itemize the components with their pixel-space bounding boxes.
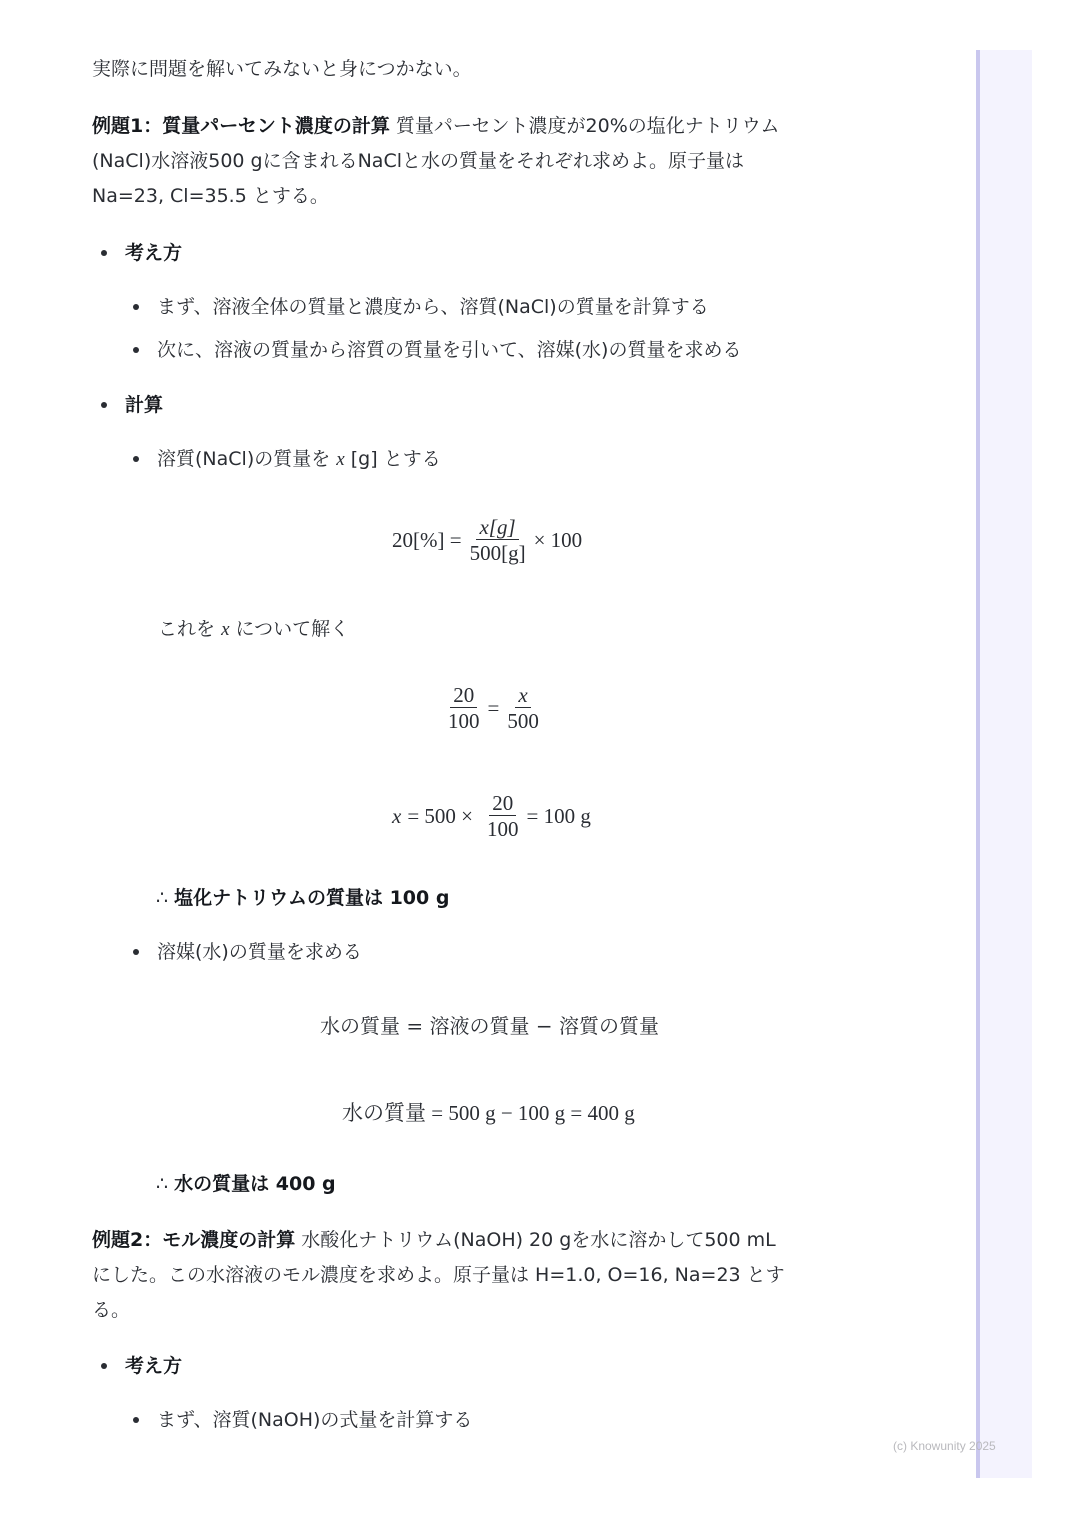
calc-item: 溶質(NaCl)の質量を x [g] とする bbox=[157, 444, 441, 475]
example1-title: 例題1：質量パーセント濃度の計算 bbox=[92, 115, 390, 137]
example2-title: 例題2：モル濃度の計算 bbox=[92, 1229, 295, 1251]
equation-3: x = 500 × 20 100 = 100 g bbox=[392, 791, 591, 842]
example2-line1: 例題2：モル濃度の計算 水酸化ナトリウム(NaOH) 20 gを水に溶かして50… bbox=[92, 1223, 776, 1258]
copyright-text: (c) Knowunity 2025 bbox=[893, 1439, 996, 1453]
equation-1: 20[%] = x[g] 500[g] × 100 bbox=[392, 515, 582, 566]
approach-heading: 考え方 bbox=[125, 1351, 182, 1381]
calc-item: 溶媒(水)の質量を求める bbox=[157, 937, 362, 967]
example1-line3: Na=23, Cl=35.5 とする。 bbox=[92, 179, 329, 214]
example1-line2: (NaCl)水溶液500 gに含まれるNaClと水の質量をそれぞれ求めよ。原子量… bbox=[92, 144, 744, 179]
therefore-symbol: ∴ bbox=[156, 887, 168, 909]
approach-item: まず、溶液全体の質量と濃度から、溶質(NaCl)の質量を計算する bbox=[157, 292, 709, 322]
result-2: ∴ 水の質量は 400 g bbox=[156, 1167, 336, 1202]
intro-text: 実際に問題を解いてみないと身につかない。 bbox=[92, 52, 472, 87]
example2-line2: にした。この水溶液のモル濃度を求めよ。原子量は H=1.0, O=16, Na=… bbox=[92, 1258, 785, 1293]
fraction: x[g] 500[g] bbox=[467, 515, 529, 566]
example1-line1: 例題1：質量パーセント濃度の計算 質量パーセント濃度が20%の塩化ナトリウム bbox=[92, 109, 780, 144]
solve-text: これを x について解く bbox=[158, 612, 349, 647]
approach-heading: 考え方 bbox=[125, 238, 182, 268]
example2-line3: る。 bbox=[92, 1293, 130, 1328]
equation-4: 水の質量 = 溶液の質量 − 溶質の質量 bbox=[320, 1010, 659, 1039]
right-sidebar-panel bbox=[976, 50, 1032, 1478]
result-1: ∴ 塩化ナトリウムの質量は 100 g bbox=[156, 881, 449, 916]
calc-heading: 計算 bbox=[125, 390, 163, 420]
approach-item: まず、溶質(NaOH)の式量を計算する bbox=[157, 1405, 472, 1435]
equation-2: 20 100 = x 500 bbox=[440, 683, 547, 734]
therefore-symbol: ∴ bbox=[156, 1173, 168, 1195]
equation-5: 水の質量 = 500 g − 100 g = 400 g bbox=[342, 1097, 635, 1127]
approach-item: 次に、溶液の質量から溶質の質量を引いて、溶媒(水)の質量を求める bbox=[157, 335, 741, 365]
